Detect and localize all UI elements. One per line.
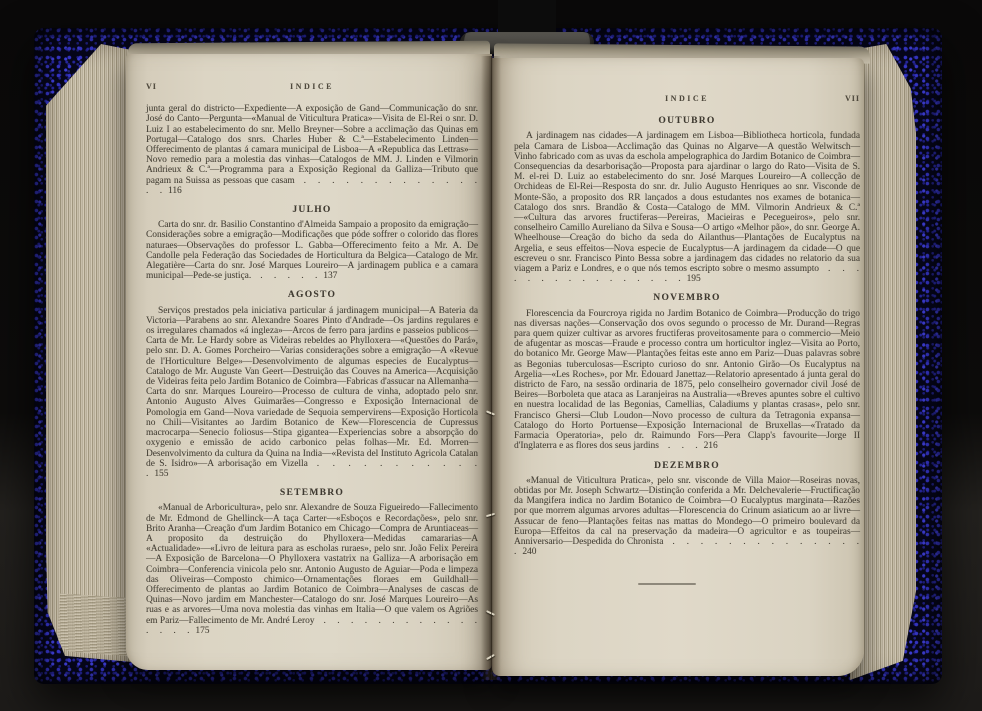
entry-text: Serviços prestados pela iniciativa parti… [146,306,478,469]
page-ref: 137 [323,271,337,281]
folio-number: VI [146,82,290,92]
entry-text: junta geral do districto—Expediente—A ex… [146,104,478,185]
running-header: INDICE VII [514,94,860,104]
running-header: VI INDICE [146,82,478,92]
running-title: INDICE [290,82,334,92]
page-gutter [481,56,501,680]
index-section-outubro: OUTUBRO A jardinagem nas cidades—A jardi… [514,116,860,284]
index-section-agosto: AGOSTO Serviços prestados pela iniciativ… [146,290,478,479]
binding-stitch [486,513,495,517]
index-entry: «Manual de Arboricultura», pelo snr. Ale… [146,503,478,636]
binding-stitch [486,654,495,660]
dot-leader: . . . . . [251,271,323,281]
dot-leader: . . . [659,441,704,451]
month-heading: AGOSTO [146,290,478,300]
page-ref: 240 [522,547,536,557]
binding-stitch [486,610,495,616]
month-heading: SETEMBRO [146,488,478,498]
index-entry: Florescencia da Fourcroya rigida no Jard… [514,309,860,452]
photo-background: VI INDICE junta geral do districto—Exped… [0,0,982,711]
right-page: INDICE VII OUTUBRO A jardinagem nas cida… [492,58,864,676]
binding-stitch [486,410,495,415]
page-ref: 175 [195,626,209,636]
page-ref: 195 [687,274,701,284]
index-entry: Serviços prestados pela iniciativa parti… [146,306,478,479]
month-heading: DEZEMBRO [514,461,860,471]
month-heading: NOVEMBRO [514,293,860,303]
running-title: INDICE [665,94,709,104]
index-section-junho-cont: junta geral do districto—Expediente—A ex… [146,104,478,196]
entry-text: «Manual de Arboricultura», pelo snr. Ale… [146,503,478,625]
book: VI INDICE junta geral do districto—Exped… [0,0,982,711]
section-divider [638,583,696,585]
page-ref: 116 [168,186,182,196]
index-section-dezembro: DEZEMBRO «Manual de Viticultura Pratica»… [514,461,860,558]
index-entry: junta geral do districto—Expediente—A ex… [146,104,478,196]
index-entry: «Manual de Viticultura Pratica», pelo sn… [514,476,860,558]
index-section-novembro: NOVEMBRO Florescencia da Fourcroya rigid… [514,293,860,451]
left-page-text: VI INDICE junta geral do districto—Exped… [146,82,478,636]
index-entry: A jardinagem nas cidades—A jardinagem em… [514,131,860,284]
index-entry: Carta do snr. dr. Basilio Constantino d'… [146,220,478,281]
month-heading: JULHO [146,205,478,215]
page-ref: 155 [154,469,168,479]
entry-text: A jardinagem nas cidades—A jardinagem em… [514,131,860,274]
left-page: VI INDICE junta geral do districto—Exped… [126,54,492,670]
index-section-setembro: SETEMBRO «Manual de Arboricultura», pelo… [146,488,478,636]
entry-text: Florescencia da Fourcroya rigida no Jard… [514,309,860,452]
index-section-julho: JULHO Carta do snr. dr. Basilio Constant… [146,205,478,281]
folio-number: VII [709,94,860,104]
right-page-text: INDICE VII OUTUBRO A jardinagem nas cida… [514,94,860,585]
page-stack-left [46,44,132,662]
month-heading: OUTUBRO [514,116,860,126]
page-ref: 216 [704,441,718,451]
